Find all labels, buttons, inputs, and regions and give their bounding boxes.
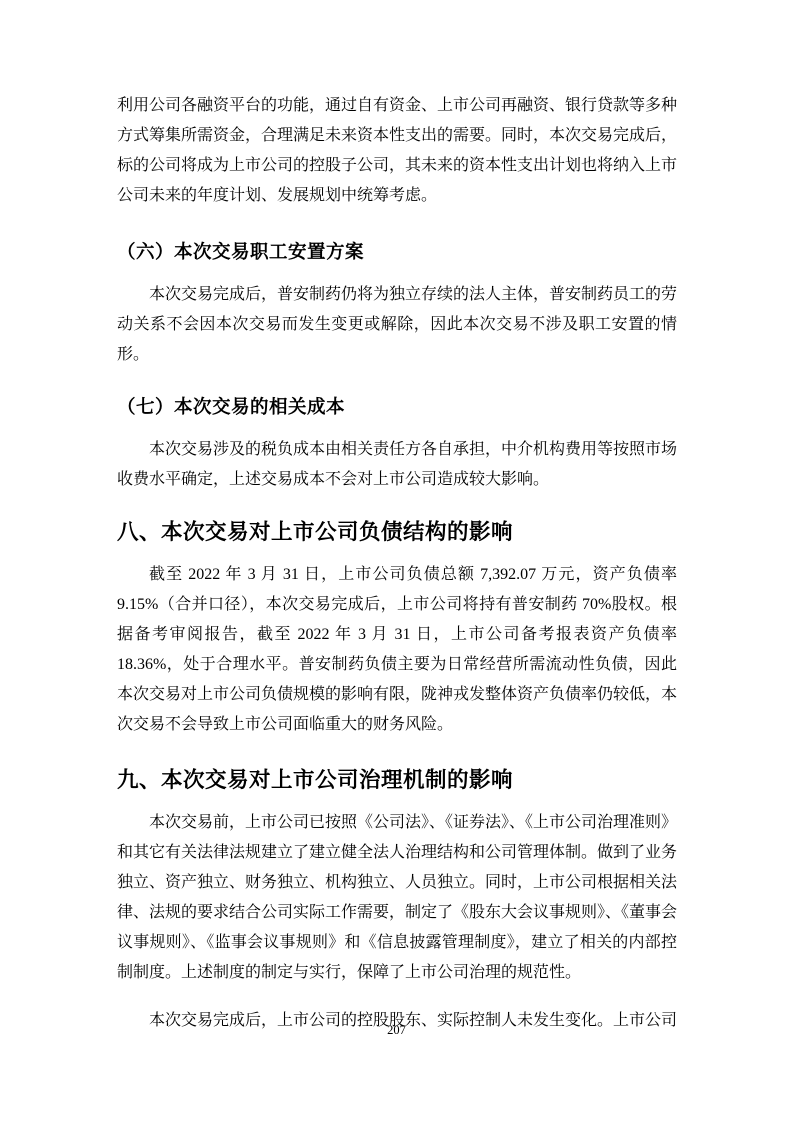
heading-section-7-transaction-costs: （七）本次交易的相关成本 bbox=[117, 394, 677, 420]
document-content: 利用公司各融资平台的功能，通过自有资金、上市公司再融资、银行贷款等多种方式筹集所… bbox=[117, 0, 677, 1036]
heading-section-9-governance-impact: 九、本次交易对上市公司治理机制的影响 bbox=[117, 766, 677, 794]
heading-section-8-debt-structure-impact: 八、本次交易对上市公司负债结构的影响 bbox=[117, 518, 677, 546]
document-page: 利用公司各融资平台的功能，通过自有资金、上市公司再融资、银行贷款等多种方式筹集所… bbox=[0, 0, 793, 1122]
section-8-paragraph: 截至 2022 年 3 月 31 日，上市公司负债总额 7,392.07 万元，… bbox=[117, 560, 677, 740]
intro-paragraph: 利用公司各融资平台的功能，通过自有资金、上市公司再融资、银行贷款等多种方式筹集所… bbox=[117, 91, 677, 211]
section-9-paragraph-1: 本次交易前，上市公司已按照《公司法》、《证券法》、《上市公司治理准则》和其它有关… bbox=[117, 808, 677, 988]
heading-section-6-employee-resettlement: （六）本次交易职工安置方案 bbox=[117, 239, 677, 265]
page-number: 207 bbox=[0, 1022, 793, 1038]
section-6-paragraph: 本次交易完成后，普安制药仍将为独立存续的法人主体，普安制药员工的劳动关系不会因本… bbox=[117, 280, 677, 370]
section-7-paragraph: 本次交易涉及的税负成本由相关责任方各自承担，中介机构费用等按照市场收费水平确定，… bbox=[117, 435, 677, 495]
